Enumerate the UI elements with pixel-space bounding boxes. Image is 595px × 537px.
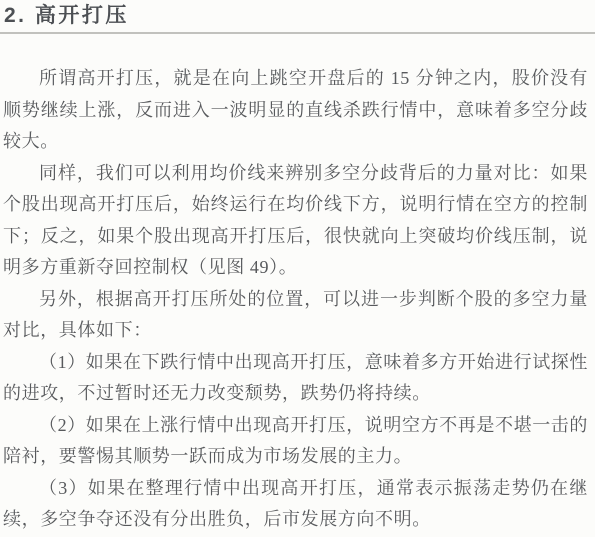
paragraph-case-2-uptrend: （2）如果在上涨行情中出现高开打压，说明空方不再是不堪一击的陪衬，要警惕其顺势一… <box>3 410 588 473</box>
book-page: 2. 高开打压 所谓高开打压，就是在向上跳空开盘后的 15 分钟之内，股价没有顺… <box>0 0 595 537</box>
paragraph-average-price-line: 同样，我们可以利用均价线来辨别多空分歧背后的力量对比：如果个股出现高开打压后，始… <box>3 158 588 284</box>
paragraph-intro: 所谓高开打压，就是在向上跳空开盘后的 15 分钟之内，股价没有顺势继续上涨，反而… <box>3 63 588 158</box>
paragraph-position-analysis: 另外，根据高开打压所处的位置，可以进一步判断个股的多空力量对比，具体如下： <box>3 284 588 347</box>
heading-underline <box>0 32 595 34</box>
paragraph-case-1-downtrend: （1）如果在下跌行情中出现高开打压，意味着多方开始进行试探性的进攻，不过暂时还无… <box>3 347 588 410</box>
paragraph-case-3-consolidation: （3）如果在整理行情中出现高开打压，通常表示振荡走势仍在继续，多空争夺还没有分出… <box>3 473 588 536</box>
body-text: 所谓高开打压，就是在向上跳空开盘后的 15 分钟之内，股价没有顺势继续上涨，反而… <box>3 63 588 536</box>
section-heading: 2. 高开打压 <box>0 0 595 28</box>
